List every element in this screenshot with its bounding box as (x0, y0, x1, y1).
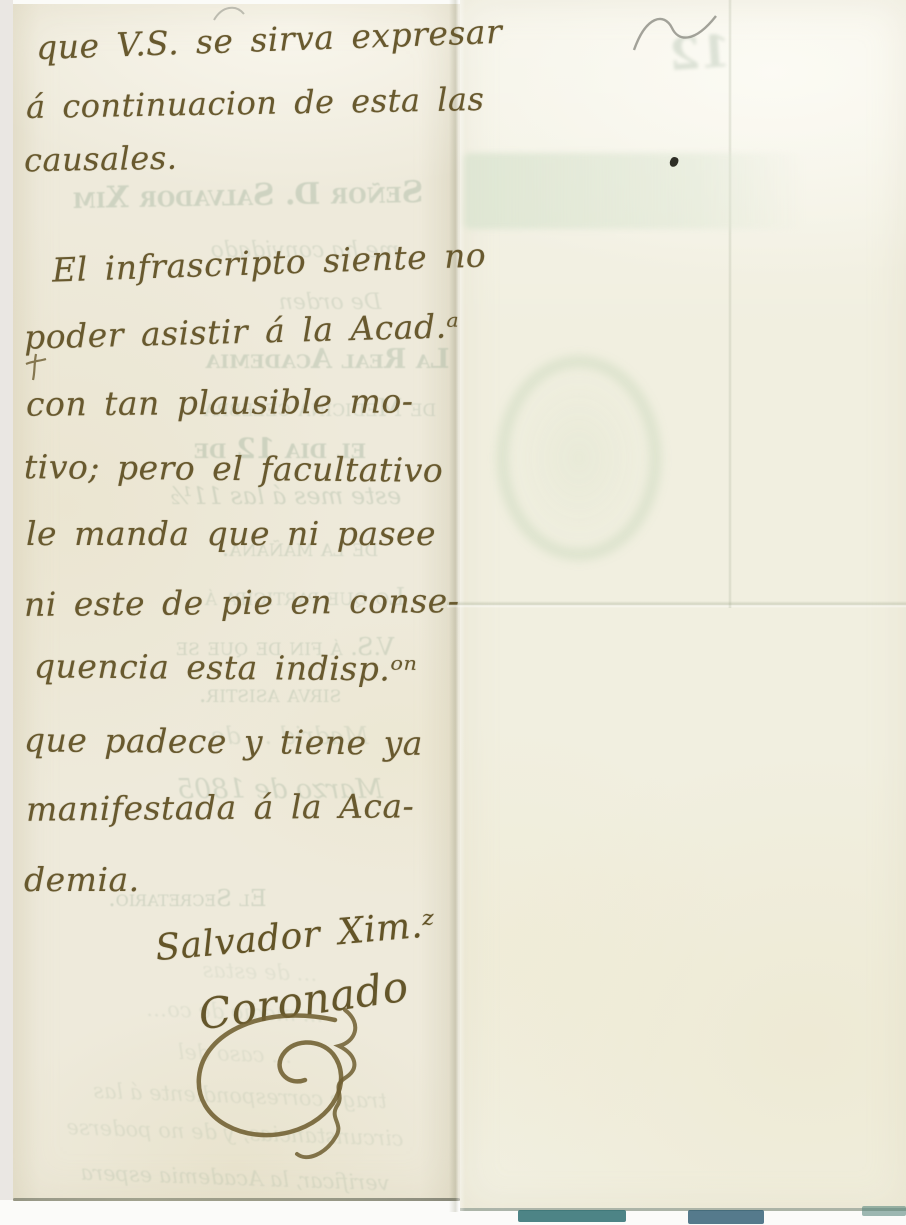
recto-page-bottom-edge (13, 1198, 460, 1201)
ink-offset-band (464, 153, 804, 229)
embossed-seal-ghost (497, 356, 661, 560)
signature-flourish (185, 1002, 400, 1182)
manuscript-letter-scan: 12 Señor D. Salvador Xim me ha convidado… (0, 0, 906, 1225)
handwriting-line: causales. (24, 139, 178, 180)
handwriting-line: le manda que ni pasee (26, 514, 436, 553)
scan-shadow-chip (688, 1210, 764, 1224)
scan-backdrop-left (0, 0, 13, 1225)
vertical-crease (728, 0, 732, 608)
horizontal-crease (447, 601, 906, 608)
handwriting-line: quencia esta indisp.ᵒⁿ (34, 646, 418, 688)
handwriting-line: demia. (24, 860, 140, 899)
handwriting-line: á continuacion de esta las (26, 80, 485, 126)
handwriting-line: manifestada á la Aca- (26, 786, 415, 828)
handwriting-line: que padece y tiene ya (24, 720, 423, 762)
ghost-line: Señor D. Salvador Xim (48, 175, 449, 217)
handwriting-line: ni este de pie en conse- (24, 581, 460, 624)
ink-cross-mark (24, 352, 48, 382)
scan-shadow-chip (862, 1206, 906, 1216)
pencil-mark (212, 2, 246, 24)
pen-squiggle-mark (628, 6, 723, 58)
scan-shadow-chip (518, 1210, 626, 1222)
handwriting-line: tivo; pero el facultativo (24, 447, 444, 490)
handwriting-line: con tan plausible mo- (26, 381, 414, 423)
